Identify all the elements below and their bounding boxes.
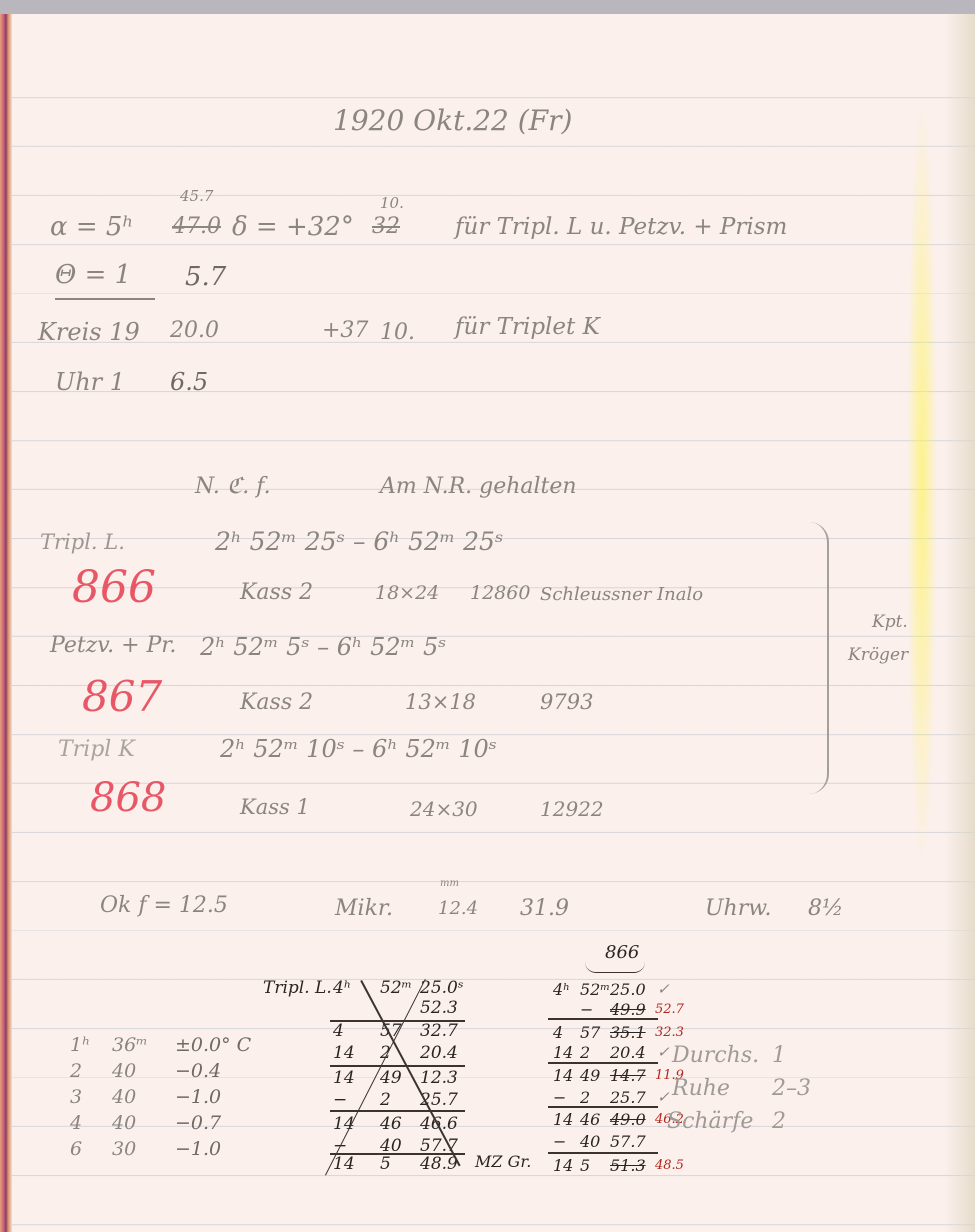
plate-number: 866 — [72, 562, 156, 613]
calc-right-minutes: 52ᵐ — [580, 980, 610, 999]
temp-log-minute: 40 — [112, 1060, 136, 1082]
ocular-focal-length: Ok f = 12.5 — [100, 893, 228, 918]
calc-left-sum-rule — [330, 1153, 465, 1155]
exposure-time-range: 2ʰ 52ᵐ 10ˢ – 6ʰ 52ᵐ 10ˢ — [220, 735, 497, 763]
plate-id: 9793 — [540, 690, 593, 714]
plate-number: 868 — [90, 775, 166, 821]
mikr-label: Mikr. — [335, 896, 393, 921]
calc-left-hours: 14 — [333, 1043, 355, 1063]
check-mark-icon: ✓ — [657, 1088, 670, 1106]
plate-format: 24×30 — [410, 797, 478, 821]
yellow-highlight-stain — [907, 94, 937, 874]
temp-log-value: −0.7 — [175, 1112, 221, 1134]
calc-left-sum-rule — [330, 1110, 465, 1112]
kreis-label: Kreis 19 — [38, 318, 140, 346]
calc-right-sum-rule — [548, 1106, 658, 1108]
seeing-note-label: Ruhe — [672, 1076, 730, 1101]
temp-log-minute: 40 — [112, 1112, 136, 1134]
calc-left-seconds: 25.0ˢ — [420, 978, 464, 998]
temp-log-value: −1.0 — [175, 1138, 221, 1160]
calc-right-seconds: 57.7 — [610, 1132, 646, 1151]
calc-right-correction: 48.5 — [655, 1158, 684, 1173]
kreis-delta-minutes: 10. — [380, 320, 415, 345]
seeing-note-label: Schärfe — [667, 1109, 753, 1134]
seeing-note-label: Durchs. — [672, 1043, 759, 1068]
calc-left-hours: 4ʰ — [333, 978, 351, 998]
calc-left-suffix: MZ Gr. — [475, 1152, 531, 1171]
calc-left-minutes: 46 — [380, 1114, 402, 1134]
temp-log-value: −0.4 — [175, 1060, 221, 1082]
calc-left-label: Tripl. L. — [263, 978, 332, 998]
temp-log-minute: 36ᵐ — [112, 1034, 148, 1056]
calc-right-title-arc — [585, 962, 645, 973]
mikr-unit: mm — [440, 878, 459, 889]
calc-right-hours: 14 — [553, 1156, 573, 1175]
note-tripl-l-petzval: für Tripl. L u. Petzv. + Prism — [455, 214, 787, 240]
calc-right-seconds: 14.7 — [610, 1066, 646, 1085]
calc-right-correction: 52.7 — [655, 1002, 684, 1017]
section-header-left: N. ℭ. f. — [195, 474, 271, 499]
exposure-time-range: 2ʰ 52ᵐ 25ˢ – 6ʰ 52ᵐ 25ˢ — [215, 527, 503, 556]
calc-left-minutes: 52ᵐ — [380, 978, 412, 998]
plate-type: Schleussner Inalo — [540, 584, 703, 605]
uhr-value: 6.5 — [170, 368, 208, 396]
calc-right-hours: 14 — [553, 1110, 573, 1129]
observer-title: Kpt. — [872, 612, 908, 632]
calc-right-minutes: 46 — [580, 1110, 600, 1129]
calc-left-sum-rule — [330, 1065, 465, 1067]
delta-label: δ = +32° — [232, 212, 354, 242]
calc-right-hours: 14 — [553, 1066, 573, 1085]
temp-log-minute: 40 — [112, 1086, 136, 1108]
exposure-instrument: Petzv. + Pr. — [50, 633, 176, 658]
plate-format: 13×18 — [405, 690, 476, 714]
page-edge-shadow — [945, 14, 975, 1232]
exposure-instrument: Tripl. L. — [40, 530, 125, 554]
calc-left-minutes: 2 — [380, 1090, 391, 1110]
plate-id: 12922 — [540, 797, 604, 821]
calc-left-seconds: 32.7 — [420, 1021, 458, 1041]
kreis-value: 20.0 — [170, 318, 219, 343]
kassette: Kass 1 — [240, 795, 310, 819]
calc-left-seconds: 20.4 — [420, 1043, 458, 1063]
calc-left-hours: − — [333, 1090, 347, 1110]
calc-right-hours: 4 — [553, 1023, 563, 1042]
calc-right-minutes: 2 — [580, 1088, 590, 1107]
calc-right-hours: 14 — [553, 1043, 573, 1062]
calc-right-minutes: 40 — [580, 1132, 600, 1151]
calc-right-minutes: 49 — [580, 1066, 600, 1085]
seeing-note-value: 2–3 — [772, 1076, 811, 1101]
delta-struck-value: 32 — [372, 214, 400, 239]
calc-right-seconds: 20.4 — [610, 1043, 646, 1062]
calc-left-minutes: 49 — [380, 1068, 402, 1088]
calc-right-seconds: 25.0 — [610, 980, 646, 999]
mikr-value: 12.4 — [438, 898, 478, 919]
check-mark-icon: ✓ — [657, 1043, 670, 1061]
calc-left-seconds: 12.3 — [420, 1068, 458, 1088]
calc-right-seconds: 51.3 — [610, 1156, 646, 1175]
check-mark-icon: ✓ — [657, 980, 670, 998]
calc-right-hours: 4ʰ — [553, 980, 570, 999]
calc-right-seconds: 35.1 — [610, 1023, 646, 1042]
temp-log-hour: 4 — [70, 1112, 82, 1134]
calc-left-hours: 4 — [333, 1021, 344, 1041]
section-header-right: Am N.R. gehalten — [380, 474, 577, 499]
calc-right-hours: − — [553, 1132, 566, 1151]
temperature-reading: 31.9 — [520, 896, 569, 921]
plate-format: 18×24 — [375, 582, 439, 604]
calc-left-seconds: 48.9 — [420, 1154, 458, 1174]
exposure-instrument: Tripl K — [58, 737, 135, 762]
calc-left-hours: 14 — [333, 1154, 355, 1174]
calc-left-hours: 14 — [333, 1068, 355, 1088]
calc-right-sum-rule — [548, 1062, 658, 1064]
calc-right-seconds: 49.0 — [610, 1110, 646, 1129]
calc-right-hours: − — [553, 1088, 566, 1107]
temp-log-value: −1.0 — [175, 1086, 221, 1108]
seeing-note-value: 1 — [772, 1043, 786, 1068]
calc-left-minutes: 5 — [380, 1154, 391, 1174]
calc-right-minutes: 2 — [580, 1043, 590, 1062]
calc-left-seconds: 52.3 — [420, 998, 458, 1018]
theta-value: 5.7 — [185, 262, 226, 292]
kassette: Kass 2 — [240, 690, 313, 715]
calc-right-title: 866 — [605, 942, 639, 963]
calc-right-sum-rule — [548, 1018, 658, 1020]
calc-right-correction: 32.3 — [655, 1025, 684, 1040]
uhrw-value: 8½ — [808, 896, 843, 921]
note-triplet-k: für Triplet K — [455, 314, 600, 340]
temp-log-hour: 3 — [70, 1086, 82, 1108]
exposure-time-range: 2ʰ 52ᵐ 5ˢ – 6ʰ 52ᵐ 5ˢ — [200, 633, 446, 661]
theta-label: Θ = 1 — [55, 260, 131, 290]
calc-right-sum-rule — [548, 1152, 658, 1154]
calc-right-seconds: 49.9 — [610, 1000, 646, 1019]
kreis-delta-degrees: +37 — [322, 318, 368, 343]
alpha-label: α = 5ʰ — [50, 212, 134, 242]
temp-log-hour: 2 — [70, 1060, 82, 1082]
grouping-brace — [805, 522, 829, 794]
calc-left-sum-rule — [330, 1020, 465, 1022]
kassette: Kass 2 — [240, 580, 313, 605]
temp-log-hour: 1ʰ — [70, 1034, 90, 1056]
observer-name: Kröger — [848, 645, 908, 665]
notebook-binding — [0, 14, 12, 1232]
theta-underline — [55, 298, 155, 300]
calc-right-minutes: 5 — [580, 1156, 590, 1175]
alpha-correction: 45.7 — [180, 187, 213, 205]
plate-id: 12860 — [470, 582, 530, 604]
temp-log-value: ±0.0° C — [175, 1034, 251, 1056]
calc-right-minutes: − — [580, 1000, 593, 1019]
calc-right-seconds: 25.7 — [610, 1088, 646, 1107]
plate-number: 867 — [82, 672, 162, 721]
delta-correction: 10. — [380, 194, 404, 212]
alpha-struck-value: 47.0 — [172, 214, 221, 239]
notebook-page — [12, 14, 975, 1232]
uhrw-label: Uhrw. — [705, 896, 771, 921]
temp-log-minute: 30 — [112, 1138, 136, 1160]
uhr-label: Uhr 1 — [55, 368, 125, 396]
calc-left-minutes: 2 — [380, 1043, 391, 1063]
calc-right-minutes: 57 — [580, 1023, 600, 1042]
date-header: 1920 Okt.22 (Fr) — [333, 104, 572, 137]
seeing-note-value: 2 — [772, 1109, 786, 1134]
temp-log-hour: 6 — [70, 1138, 82, 1160]
